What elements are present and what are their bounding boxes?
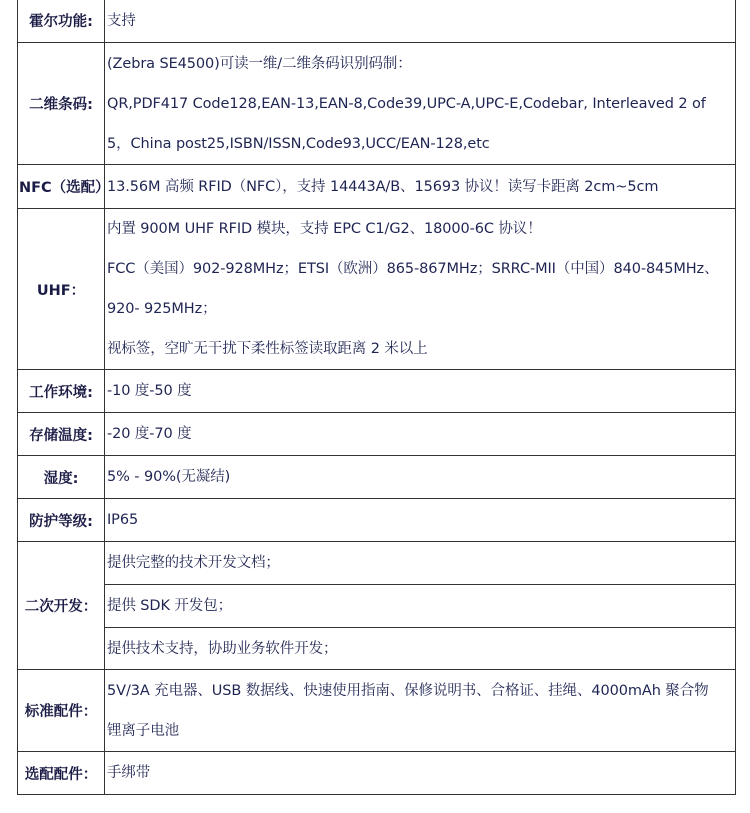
spec-label-text: 二维条码: bbox=[18, 93, 104, 114]
spec-label: 湿度: bbox=[18, 456, 105, 499]
spec-row-protection: 防护等级: IP65 bbox=[18, 499, 736, 542]
spec-value-line: 内置 900M UHF RFID 模块，支持 EPC C1/G2、18000-6… bbox=[107, 209, 735, 249]
spec-subrow-development: 提供 SDK 开发包； bbox=[18, 585, 736, 628]
spec-row-barcode: 二维条码: (Zebra SE4500)可读一维/二维条码识别码制： QR,PD… bbox=[18, 43, 736, 165]
spec-row-storage-temp: 存储温度: -20 度-70 度 bbox=[18, 413, 736, 456]
spec-label: 选配配件： bbox=[18, 752, 105, 795]
spec-row-nfc: NFC（选配） 13.56M 高频 RFID（NFC），支持 14443A/B、… bbox=[18, 165, 736, 209]
spec-value: 内置 900M UHF RFID 模块，支持 EPC C1/G2、18000-6… bbox=[105, 209, 736, 370]
spec-label: NFC（选配） bbox=[18, 165, 105, 209]
spec-value-line: 支持 bbox=[107, 0, 735, 42]
spec-label: UHF： bbox=[18, 209, 105, 370]
spec-label-text: 工作环境: bbox=[18, 381, 104, 402]
spec-label-text: 选配配件： bbox=[18, 763, 104, 784]
spec-label-text: 湿度: bbox=[18, 467, 104, 488]
spec-value-line: 5V/3A 充电器、USB 数据线、快速使用指南、保修说明书、合格证、挂绳、40… bbox=[107, 671, 735, 711]
spec-value: 提供完整的技术开发文档； bbox=[105, 542, 736, 585]
spec-value: 13.56M 高频 RFID（NFC），支持 14443A/B、15693 协议… bbox=[105, 165, 736, 209]
spec-label: 二次开发： bbox=[18, 542, 105, 670]
spec-value-line: -20 度-70 度 bbox=[107, 413, 735, 455]
spec-label-text: NFC（选配） bbox=[18, 176, 104, 197]
spec-value: 提供 SDK 开发包； bbox=[105, 585, 736, 628]
spec-value: 5% - 90%(无凝结) bbox=[105, 456, 736, 499]
spec-value: 支持 bbox=[105, 0, 736, 43]
spec-row-standard-accessories: 标准配件： 5V/3A 充电器、USB 数据线、快速使用指南、保修说明书、合格证… bbox=[18, 670, 736, 752]
spec-value: -20 度-70 度 bbox=[105, 413, 736, 456]
spec-value-line: 提供 SDK 开发包； bbox=[107, 586, 735, 626]
spec-label: 霍尔功能: bbox=[18, 0, 105, 43]
spec-table: 霍尔功能: 支持 二维条码: (Zebra SE4500)可读一维/二维条码识别… bbox=[17, 0, 736, 795]
spec-value-line: 视标签，空旷无干扰下柔性标签读取距离 2 米以上 bbox=[107, 329, 735, 369]
spec-value-line: 提供完整的技术开发文档； bbox=[107, 543, 735, 583]
spec-label: 存储温度: bbox=[18, 413, 105, 456]
spec-subrow-development: 提供技术支持，协助业务软件开发； bbox=[18, 628, 736, 670]
spec-value-line: 提供技术支持，协助业务软件开发； bbox=[107, 629, 735, 669]
spec-value-line: (Zebra SE4500)可读一维/二维条码识别码制： bbox=[107, 44, 735, 84]
spec-label: 工作环境: bbox=[18, 370, 105, 413]
spec-row-uhf: UHF： 内置 900M UHF RFID 模块，支持 EPC C1/G2、18… bbox=[18, 209, 736, 370]
spec-value-line: 5，China post25,ISBN/ISSN,Code93,UCC/EAN-… bbox=[107, 124, 735, 164]
spec-value: -10 度-50 度 bbox=[105, 370, 736, 413]
spec-value-line: IP65 bbox=[107, 499, 735, 541]
spec-label-text: 存储温度: bbox=[18, 424, 104, 445]
spec-row-humidity: 湿度: 5% - 90%(无凝结) bbox=[18, 456, 736, 499]
spec-label-text: 霍尔功能: bbox=[18, 10, 104, 31]
spec-value-line: 920- 925MHz； bbox=[107, 289, 735, 329]
spec-label-text: 标准配件： bbox=[18, 700, 104, 721]
spec-row-development: 二次开发： 提供完整的技术开发文档； bbox=[18, 542, 736, 585]
spec-value-line: QR,PDF417 Code128,EAN-13,EAN-8,Code39,UP… bbox=[107, 84, 735, 124]
spec-label: 防护等级: bbox=[18, 499, 105, 542]
spec-value: 5V/3A 充电器、USB 数据线、快速使用指南、保修说明书、合格证、挂绳、40… bbox=[105, 670, 736, 752]
spec-value-line: FCC（美国）902-928MHz；ETSI（欧洲）865-867MHz；SRR… bbox=[107, 249, 735, 289]
spec-row-hall: 霍尔功能: 支持 bbox=[18, 0, 736, 43]
spec-value-line: 5% - 90%(无凝结) bbox=[107, 456, 735, 498]
spec-label-text: UHF： bbox=[18, 279, 104, 300]
spec-value: (Zebra SE4500)可读一维/二维条码识别码制： QR,PDF417 C… bbox=[105, 43, 736, 165]
spec-value: 提供技术支持，协助业务软件开发； bbox=[105, 628, 736, 670]
spec-label-text: 防护等级: bbox=[18, 510, 104, 531]
spec-value-line: 13.56M 高频 RFID（NFC），支持 14443A/B、15693 协议… bbox=[107, 166, 735, 208]
spec-label: 二维条码: bbox=[18, 43, 105, 165]
spec-value-line: 手绑带 bbox=[107, 752, 735, 794]
spec-value-line: 锂离子电池 bbox=[107, 711, 735, 751]
spec-row-optional-accessories: 选配配件： 手绑带 bbox=[18, 752, 736, 795]
spec-value: IP65 bbox=[105, 499, 736, 542]
spec-label: 标准配件： bbox=[18, 670, 105, 752]
spec-value-line: -10 度-50 度 bbox=[107, 370, 735, 412]
spec-label-text: 二次开发： bbox=[18, 595, 104, 616]
spec-row-operating-temp: 工作环境: -10 度-50 度 bbox=[18, 370, 736, 413]
spec-value: 手绑带 bbox=[105, 752, 736, 795]
